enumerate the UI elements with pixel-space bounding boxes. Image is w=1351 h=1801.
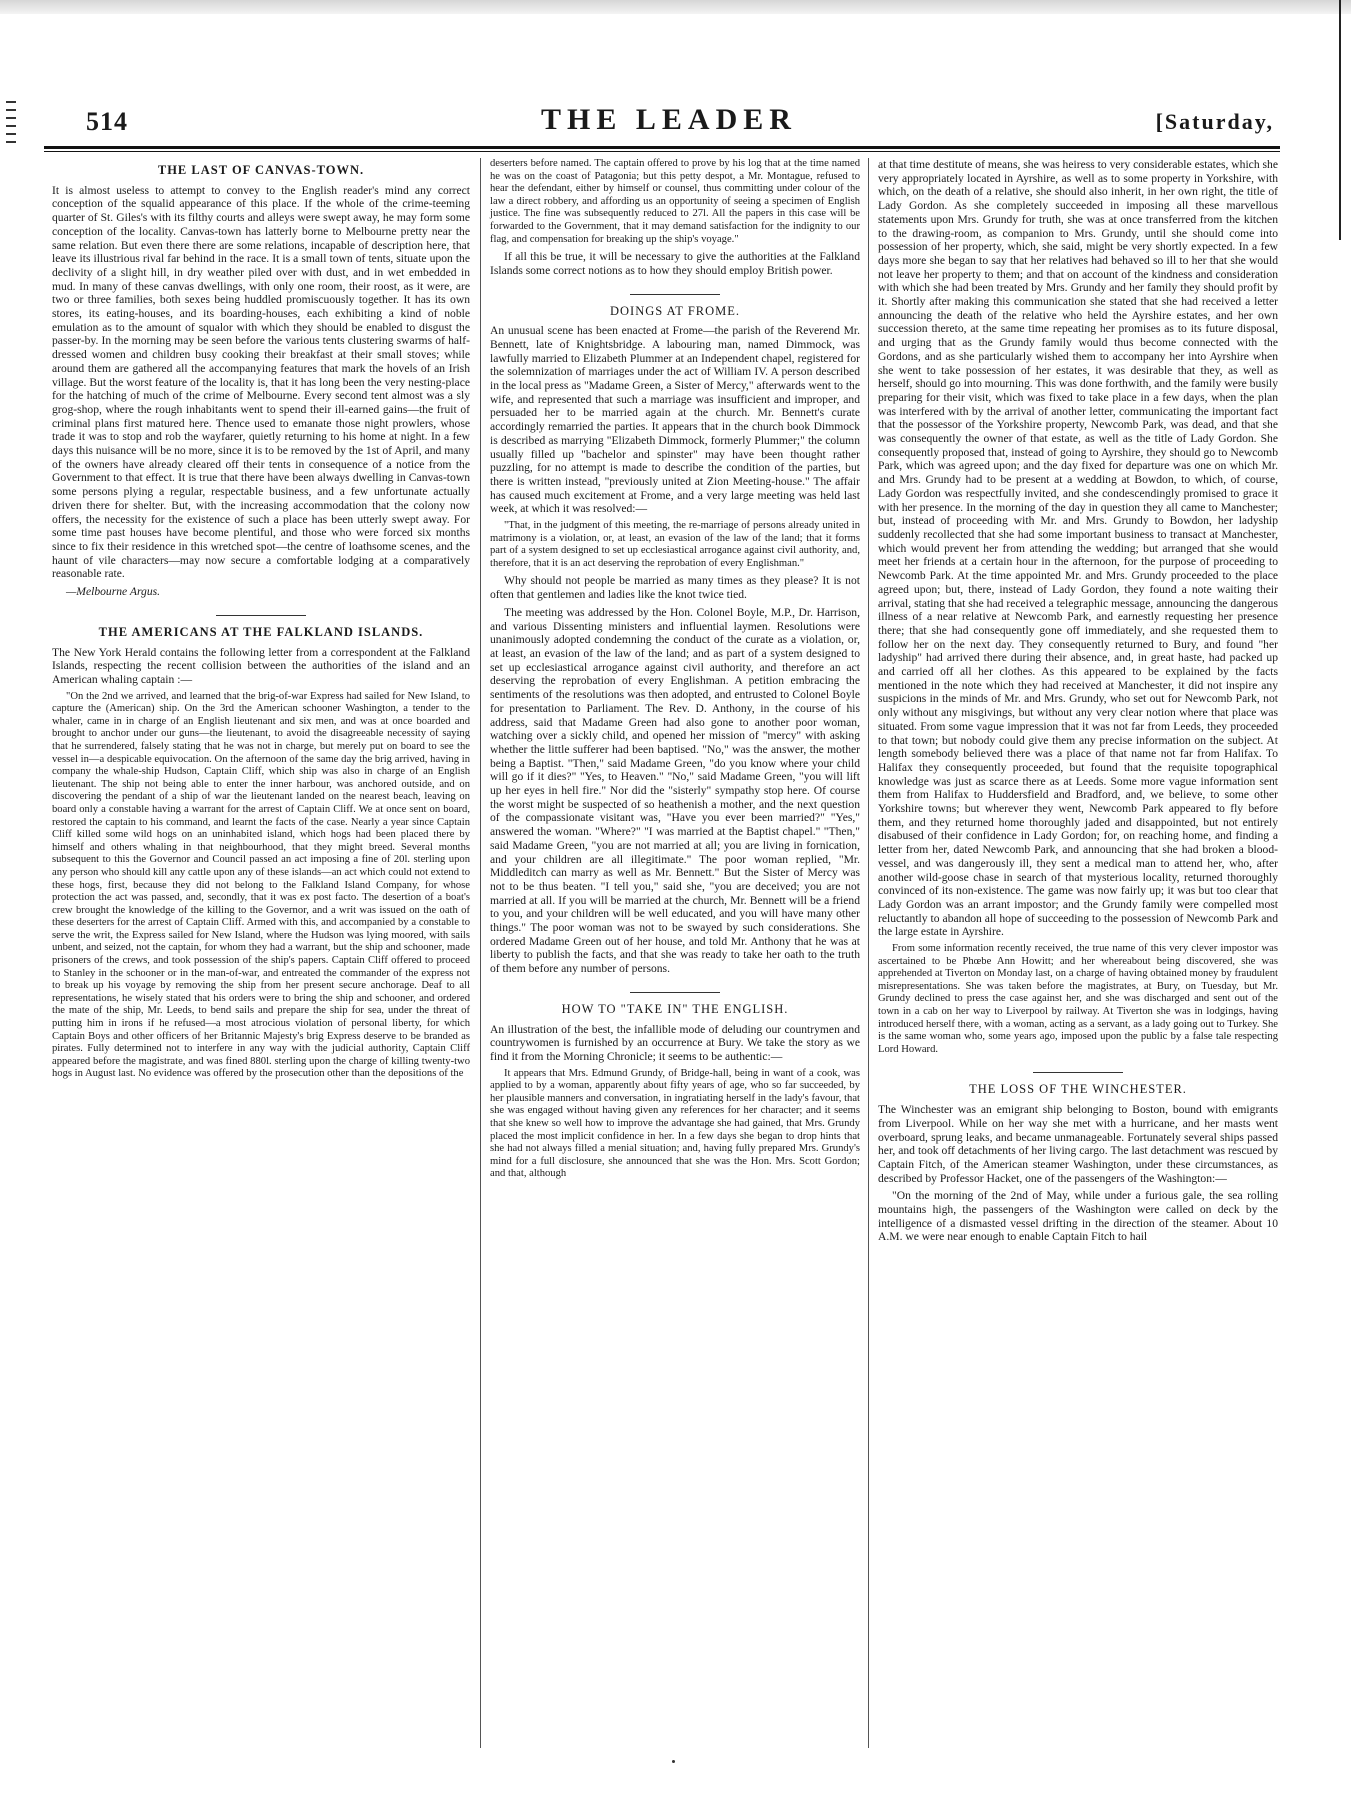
- masthead-rule: [44, 146, 1280, 149]
- article-paragraph: The Winchester was an emigrant ship belo…: [878, 1103, 1278, 1185]
- article-heading: Doings at Frome.: [490, 305, 860, 319]
- article-paragraph: If all this be true, it will be necessar…: [490, 250, 860, 277]
- masthead: 514 THE LEADER [Saturday,: [44, 95, 1294, 145]
- article-paragraph: The meeting was addressed by the Hon. Co…: [490, 606, 860, 976]
- newspaper-title: THE LEADER: [44, 103, 1294, 137]
- scan-top-edge: [0, 0, 1351, 14]
- column-divider: [868, 158, 869, 1748]
- column-1: The Last of Canvas-Town. It is almost us…: [52, 158, 470, 1085]
- scan-right-edge: [1329, 0, 1351, 1801]
- article-separator: [630, 992, 720, 993]
- masthead-rule-thin: [44, 151, 1280, 152]
- article-paragraph: The New York Herald contains the followi…: [52, 646, 470, 687]
- article-attribution: —Melbourne Argus.: [52, 585, 470, 599]
- article-separator: [630, 294, 720, 295]
- article-paragraph: It appears that Mrs. Edmund Grundy, of B…: [490, 1068, 860, 1181]
- article-heading: How to "Take In" the English.: [490, 1003, 860, 1017]
- article-paragraph: It is almost useless to attempt to conve…: [52, 184, 470, 581]
- article-paragraph: "That, in the judgment of this meeting, …: [490, 520, 860, 570]
- article-separator: [216, 615, 306, 616]
- article-paragraph: Why should not people be married as many…: [490, 574, 860, 601]
- column-2: deserters before named. The captain offe…: [490, 158, 860, 1185]
- column-3: at that time destitute of means, she was…: [878, 158, 1278, 1248]
- article-paragraph: deserters before named. The captain offe…: [490, 158, 860, 246]
- article-separator: [1033, 1072, 1123, 1073]
- article-paragraph: An unusual scene has been enacted at Fro…: [490, 324, 860, 516]
- article-heading: The Last of Canvas-Town.: [52, 164, 470, 178]
- article-heading: The Americans at the Falkland Islands.: [52, 626, 470, 640]
- binding-marks: [6, 95, 20, 185]
- page-mark: [672, 1760, 675, 1763]
- issue-date: [Saturday,: [1156, 109, 1274, 135]
- column-divider: [480, 158, 481, 1748]
- article-paragraph: An illustration of the best, the infalli…: [490, 1023, 860, 1064]
- article-paragraph: From some information recently received,…: [878, 943, 1278, 1056]
- article-paragraph: "On the 2nd we arrived, and learned that…: [52, 691, 470, 1081]
- article-paragraph: "On the morning of the 2nd of May, while…: [878, 1189, 1278, 1244]
- article-paragraph: at that time destitute of means, she was…: [878, 158, 1278, 939]
- article-heading: The Loss of the Winchester.: [878, 1083, 1278, 1097]
